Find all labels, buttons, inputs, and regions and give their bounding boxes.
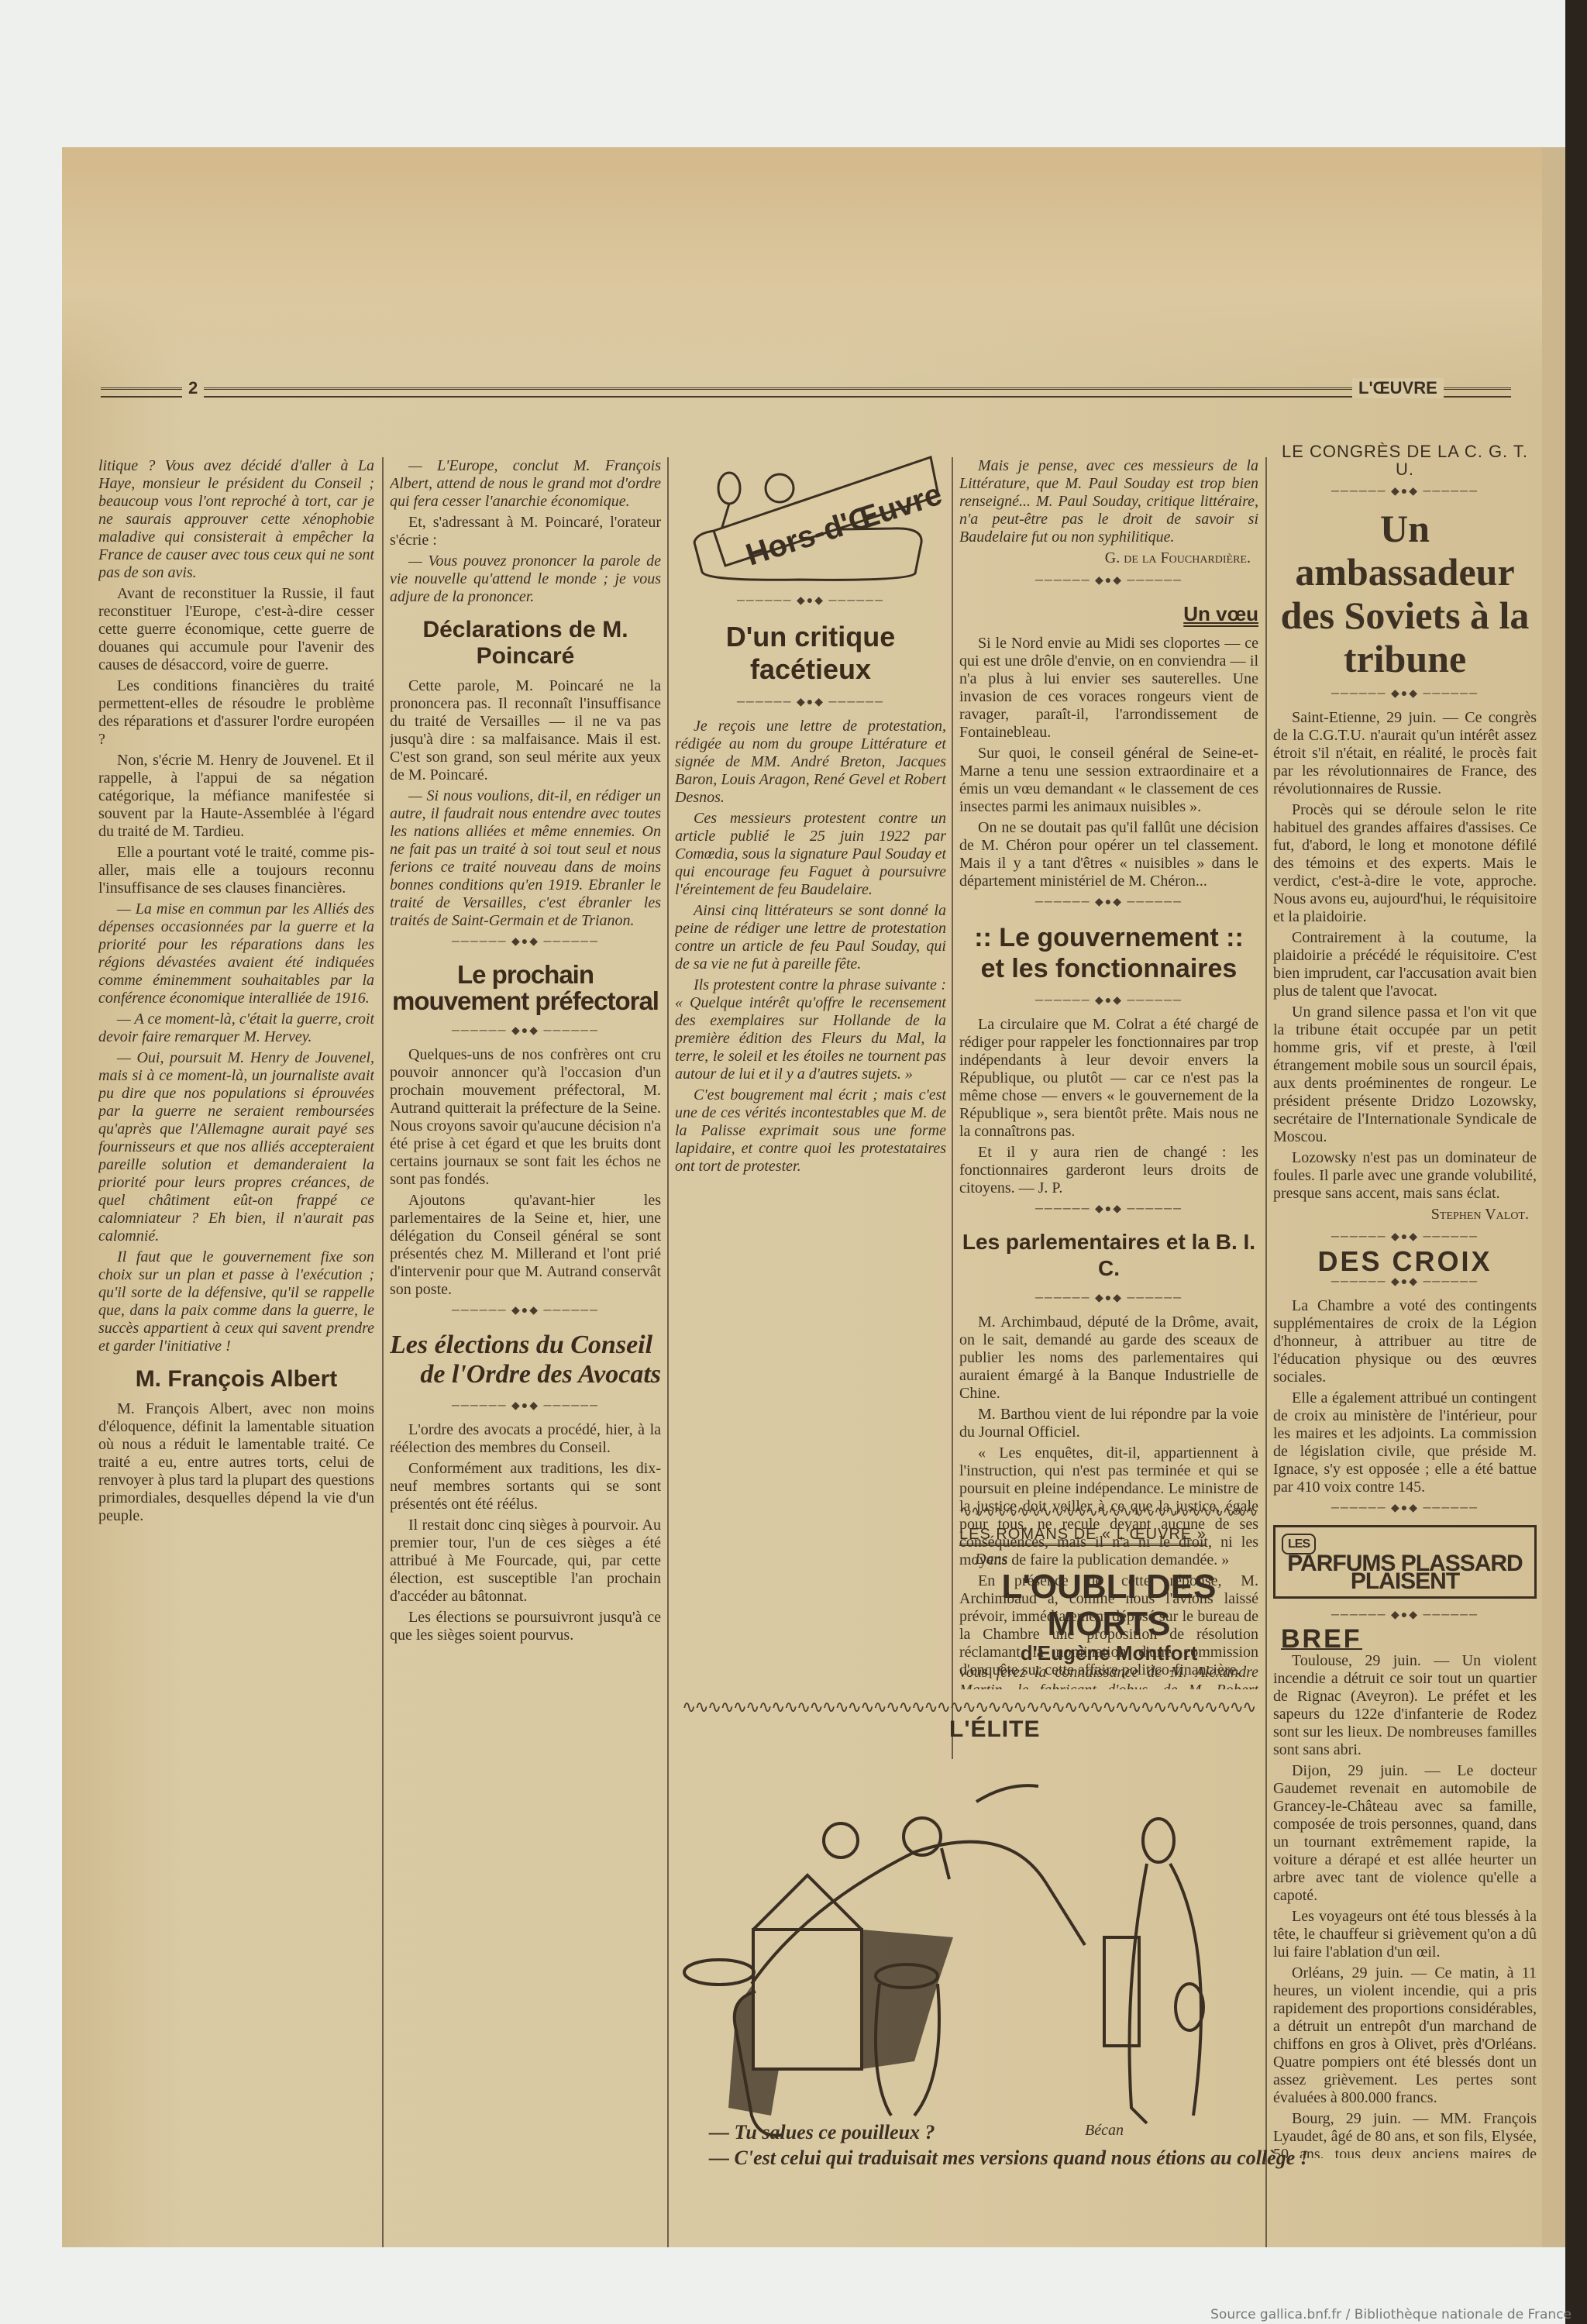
- paragraph: Orléans, 29 juin. — Ce matin, à 11 heure…: [1273, 1964, 1537, 2107]
- page-top-stain: [62, 147, 1565, 387]
- paragraph: Lozowsky n'est pas un dominateur de foul…: [1273, 1149, 1537, 1203]
- paragraph: Procès qui se déroule selon le rite habi…: [1273, 801, 1537, 926]
- ornament-divider: [390, 1022, 661, 1040]
- paragraph: Ces messieurs protestent contre un artic…: [675, 810, 946, 899]
- paragraph: Elle a pourtant voté le traité, comme pi…: [98, 844, 374, 897]
- column-divider: [667, 457, 669, 2247]
- romans-dans: Dans: [975, 1551, 1258, 1568]
- romans-blurb: vous ferez la connaissance de M. Alexand…: [959, 1664, 1258, 1689]
- paragraph: M. François Albert, avec non moins d'élo…: [98, 1400, 374, 1525]
- paragraph: Il restait donc cinq sièges à pourvoir. …: [390, 1517, 661, 1606]
- paragraph: Cette parole, M. Poincaré ne la prononce…: [390, 677, 661, 784]
- paragraph: Je reçois une lettre de protestation, ré…: [675, 718, 946, 807]
- romans-author: d'Eugène Montfort: [959, 1644, 1258, 1662]
- paragraph: Dijon, 29 juin. — Le docteur Gaudemet re…: [1273, 1762, 1537, 1905]
- heading-francois-albert: M. François Albert: [98, 1366, 374, 1393]
- hors-doeuvre-illustration: Hors-d'Œuvre: [675, 442, 946, 589]
- paragraph: litique ? Vous avez décidé d'aller à La …: [98, 457, 374, 582]
- paragraph: C'est bougrement mal écrit ; mais c'est …: [675, 1086, 946, 1176]
- ornament-divider: [1273, 1273, 1537, 1291]
- car-cartoon-illustration-icon: Bécan: [682, 1751, 1286, 2154]
- paragraph: Les voyageurs ont été tous blessés à la …: [1273, 1908, 1537, 1961]
- paragraph: Quelques-uns de nos confrères ont cru po…: [390, 1046, 661, 1189]
- paragraph: Ainsi cinq littérateurs se sont donné la…: [675, 902, 946, 973]
- page-number: 2: [182, 378, 204, 398]
- paragraph: — La mise en commun par les Alliés des d…: [98, 900, 374, 1007]
- ornament-divider: [675, 694, 946, 711]
- ornament-divider: [1273, 1228, 1537, 1246]
- tub-illustration-icon: Hors-d'Œuvre: [675, 442, 946, 589]
- paragraph: Les conditions financières du traité per…: [98, 677, 374, 749]
- paragraph: La Chambre a voté des contingents supplé…: [1273, 1297, 1537, 1386]
- paragraph: Conformément aux traditions, les dix-neu…: [390, 1460, 661, 1513]
- ornament-divider: [1273, 1499, 1537, 1517]
- cartoon-caption-line-2: — C'est celui qui traduisait mes version…: [709, 2145, 1308, 2171]
- heading-elections-conseil-2: de l'Ordre des Avocats: [390, 1360, 661, 1389]
- paragraph: Contrairement à la coutume, la plaidoiri…: [1273, 929, 1537, 1000]
- paragraph: Toulouse, 29 juin. — Un violent incendie…: [1273, 1652, 1537, 1759]
- paragraph: Saint-Etienne, 29 juin. — Ce congrès de …: [1273, 709, 1537, 798]
- paragraph: Les élections se poursuivront jusqu'à ce…: [390, 1609, 661, 1644]
- paragraph: La circulaire que M. Colrat a été chargé…: [959, 1016, 1258, 1141]
- heading-mouvement-prefectoral: Le prochain mouvement préfectoral: [390, 962, 661, 1014]
- paragraph: Elle a également attribué un contingent …: [1273, 1389, 1537, 1496]
- heading-gouvernement-1: :: Le gouvernement ::: [959, 922, 1258, 953]
- paragraph: Ajoutons qu'avant-hier les parlementaire…: [390, 1192, 661, 1299]
- heading-des-croix: DES CROIX: [1273, 1252, 1537, 1270]
- heading-gouvernement-2: et les fonctionnaires: [959, 953, 1258, 984]
- ornament-divider: [1273, 685, 1537, 703]
- paragraph: Et il y aura rien de changé : les foncti…: [959, 1144, 1258, 1197]
- paragraph: Mais je pense, avec ces messieurs de la …: [959, 457, 1258, 546]
- paragraph: — Oui, poursuit M. Henry de Jouvenel, ma…: [98, 1049, 374, 1245]
- heading-parlementaires-bic: Les parlementaires et la B. I. C.: [959, 1229, 1258, 1282]
- paragraph: — Si nous voulions, dit-il, en rédiger u…: [390, 787, 661, 930]
- heading-elections-conseil-1: Les élections du Conseil: [390, 1331, 661, 1360]
- column-2: — L'Europe, conclut M. François Albert, …: [390, 457, 661, 2247]
- paragraph: M. Archimbaud, député de la Drôme, avait…: [959, 1313, 1258, 1403]
- masthead-rule: [101, 387, 1511, 398]
- signature: Stephen Valot.: [1273, 1206, 1529, 1224]
- paragraph: Bourg, 29 juin. — MM. François Lyaudet, …: [1273, 2110, 1537, 2158]
- column-3: Hors-d'Œuvre D'un critique facétieux Je …: [675, 442, 946, 1697]
- paragraph: Il faut que le gouvernement fixe son cho…: [98, 1248, 374, 1355]
- paragraph: On ne se doutait pas qu'il fallût une dé…: [959, 819, 1258, 890]
- paragraph: L'ordre des avocats a procédé, hier, à l…: [390, 1421, 661, 1457]
- signature: G. de la Fouchardière.: [959, 549, 1251, 567]
- ornament-divider: [959, 1289, 1258, 1307]
- heading-declarations-poincare: Déclarations de M. Poincaré: [390, 617, 661, 670]
- paragraph: — A ce moment-là, c'était la guerre, cro…: [98, 1011, 374, 1046]
- romans-kicker: LES ROMANS DE « L'ŒUVRE »: [959, 1526, 1207, 1546]
- svg-text:Bécan: Bécan: [1085, 2122, 1124, 2139]
- cgtu-kicker: LE CONGRÈS DE LA C. G. T. U.: [1273, 442, 1537, 478]
- paragraph: Ils protestent contre la phrase suivante…: [675, 976, 946, 1083]
- ornament-divider: [390, 1302, 661, 1320]
- ornament-divider: [390, 1397, 661, 1415]
- viewer-right-edge: [1565, 0, 1587, 2324]
- ornament-divider: [959, 572, 1258, 590]
- ornament-divider: [959, 893, 1258, 911]
- ad-text: PARFUMS PLASSARD PLAISENT: [1282, 1554, 1528, 1590]
- column-1: litique ? Vous avez décidé d'aller à La …: [98, 457, 374, 2247]
- column-5: LE CONGRÈS DE LA C. G. T. U. Un ambassad…: [1273, 438, 1537, 2158]
- cartoon-caption-line-1: — Tu salues ce pouilleux ?: [709, 2119, 935, 2146]
- cartoon-title: L'ÉLITE: [949, 1716, 1040, 1743]
- paragraph: Si le Nord envie au Midi ses cloportes —…: [959, 635, 1258, 742]
- wavy-divider: ∿∿∿∿∿∿∿∿∿∿∿∿∿∿∿∿∿∿∿∿∿∿∿∿∿∿∿∿∿∿∿∿∿∿∿∿∿∿: [959, 1503, 1258, 1521]
- column-divider: [952, 457, 953, 1759]
- source-credit: Source gallica.bnf.fr / Bibliothèque nat…: [1210, 2307, 1572, 2322]
- paragraph: Et, s'adressant à M. Poincaré, l'orateur…: [390, 514, 661, 549]
- wavy-divider: ∿∿∿∿∿∿∿∿∿∿∿∿∿∿∿∿∿∿∿∿∿∿∿∿∿∿∿∿∿∿∿∿∿∿∿∿∿∿∿∿…: [682, 1697, 1255, 1717]
- plassard-advertisement: LES PARFUMS PLASSARD PLAISENT: [1273, 1525, 1537, 1599]
- column-divider: [382, 457, 384, 2247]
- paragraph: Non, s'écrie M. Henry de Jouvenel. Et il…: [98, 752, 374, 841]
- paragraph: — L'Europe, conclut M. François Albert, …: [390, 457, 661, 511]
- paragraph: Un grand silence passa et l'on vit que l…: [1273, 1004, 1537, 1146]
- paragraph: M. Barthou vient de lui répondre par la …: [959, 1406, 1258, 1441]
- ornament-divider: [1273, 483, 1537, 501]
- paper-name: L'ŒUVRE: [1352, 378, 1444, 398]
- ornament-divider: [675, 592, 946, 610]
- heading-critique-facetieux: D'un critique facétieux: [675, 621, 946, 686]
- ornament-divider: [959, 992, 1258, 1010]
- ornament-divider: [1273, 1606, 1537, 1624]
- paragraph: Sur quoi, le conseil général de Seine-et…: [959, 745, 1258, 816]
- page-right-edge: [1542, 147, 1565, 2247]
- romans-title: L'OUBLI DES MORTS: [959, 1568, 1258, 1643]
- romans-block: ∿∿∿∿∿∿∿∿∿∿∿∿∿∿∿∿∿∿∿∿∿∿∿∿∿∿∿∿∿∿∿∿∿∿∿∿∿∿ L…: [959, 1503, 1258, 1689]
- ornament-divider: [959, 1200, 1258, 1218]
- heading-un-voeu: Un vœu: [959, 601, 1258, 627]
- headline-ambassadeur: Un ambassadeur des Soviets à la tribune: [1273, 507, 1537, 680]
- paragraph: — Vous pouvez prononcer la parole de vie…: [390, 553, 661, 606]
- heading-bref: BREF: [1281, 1630, 1362, 1650]
- ornament-divider: [390, 933, 661, 951]
- paragraph: Avant de reconstituer la Russie, il faut…: [98, 585, 374, 674]
